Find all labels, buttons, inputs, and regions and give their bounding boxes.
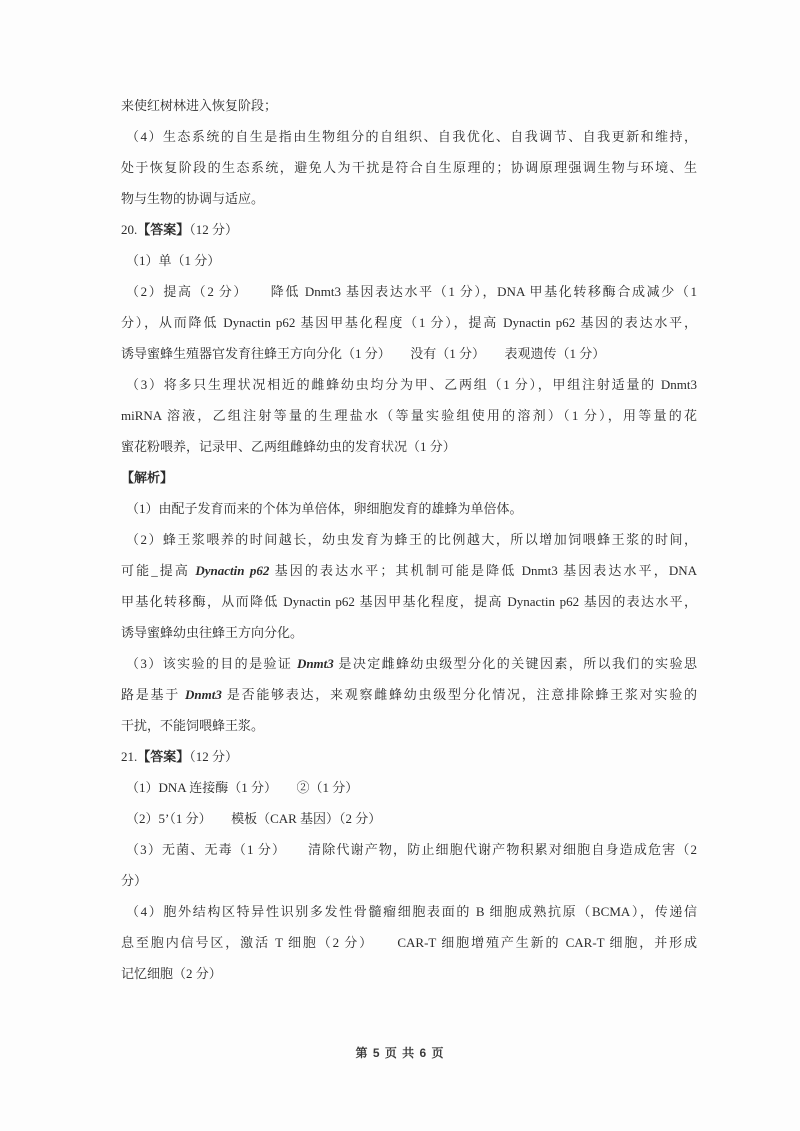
text-segment: 来使红树林进入恢复阶段；	[121, 98, 277, 113]
text-segment: 【答案】	[137, 749, 189, 764]
text-line: （3）该实验的目的是验证 Dnmt3 是决定雌蜂幼虫级型分化的关键因素，所以我们…	[121, 648, 697, 679]
text-line: miRNA 溶液，乙组注射等量的生理盐水（等量实验组使用的溶剂）（1 分），用等…	[121, 400, 697, 431]
text-segment: （2）提高（2 分） 降低 Dnmt3 基因表达水平（1 分），DNA 甲基化转…	[126, 284, 697, 299]
text-line: （2）提高（2 分） 降低 Dnmt3 基因表达水平（1 分），DNA 甲基化转…	[121, 276, 697, 307]
text-segment: 息至胞内信号区，激活 T 细胞（2 分） CAR-T 细胞增殖产生新的 CAR-…	[121, 935, 697, 950]
text-segment: 蜜花粉喂养，记录甲、乙两组雌蜂幼虫的发育状况（1 分）	[121, 439, 456, 454]
text-segment: Dynactin p62	[195, 563, 269, 578]
text-segment: （3）将多只生理状况相近的雌蜂幼虫均分为甲、乙两组（1 分），甲组注射适量的 D…	[126, 377, 697, 392]
text-line: 诱导蜜蜂生殖器官发育往蜂王方向分化（1 分） 没有（1 分） 表观遗传（1 分）	[121, 338, 697, 369]
text-segment: miRNA 溶液，乙组注射等量的生理盐水（等量实验组使用的溶剂）（1 分），用等…	[121, 408, 697, 423]
text-line: 甲基化转移酶，从而降低 Dynactin p62 基因甲基化程度，提高 Dyna…	[121, 586, 697, 617]
text-line: （3）无菌、无毒（1 分） 清除代谢产物，防止细胞代谢产物积累对细胞自身造成危害…	[121, 834, 697, 865]
text-line: 物与生物的协调与适应。	[121, 183, 697, 214]
text-line: 处于恢复阶段的生态系统，避免人为干扰是符合自生原理的；协调原理强调生物与环境、生	[121, 152, 697, 183]
text-line: 诱导蜜蜂幼虫往蜂王方向分化。	[121, 617, 697, 648]
document-body: 来使红树林进入恢复阶段；（4）生态系统的自生是指由生物组分的自组织、自我优化、自…	[121, 90, 697, 989]
text-line: 来使红树林进入恢复阶段；	[121, 90, 697, 121]
text-segment: 记忆细胞（2 分）	[121, 966, 222, 981]
text-segment: 分），从而降低 Dynactin p62 基因甲基化程度（1 分），提高 Dyn…	[121, 315, 697, 330]
text-line: （1）由配子发育而来的个体为单倍体，卵细胞发育的雄蜂为单倍体。	[121, 493, 697, 524]
text-segment: 诱导蜜蜂生殖器官发育往蜂王方向分化（1 分） 没有（1 分） 表观遗传（1 分）	[121, 346, 605, 361]
text-segment: 可能_提高	[121, 563, 195, 578]
text-line: 【解析】	[121, 462, 697, 493]
text-segment: 基因的表达水平；其机制可能是降低 Dnmt3 基因表达水平，DNA	[269, 563, 697, 578]
text-line: 分），从而降低 Dynactin p62 基因甲基化程度（1 分），提高 Dyn…	[121, 307, 697, 338]
text-line: 分）	[121, 865, 697, 896]
text-line: 21.【答案】（12 分）	[121, 741, 697, 772]
text-segment: （3）该实验的目的是验证	[126, 656, 297, 671]
text-line: 可能_提高 Dynactin p62 基因的表达水平；其机制可能是降低 Dnmt…	[121, 555, 697, 586]
text-segment: 分）	[121, 873, 147, 888]
text-segment: 是决定雌蜂幼虫级型分化的关键因素，所以我们的实验思	[334, 656, 697, 671]
text-line: 息至胞内信号区，激活 T 细胞（2 分） CAR-T 细胞增殖产生新的 CAR-…	[121, 927, 697, 958]
text-segment: Dnmt3	[185, 687, 222, 702]
text-line: 20.【答案】（12 分）	[121, 214, 697, 245]
text-line: 记忆细胞（2 分）	[121, 958, 697, 989]
text-line: （2）5’（1 分） 模板（CAR 基因）（2 分）	[121, 803, 697, 834]
page-number-footer: 第 5 页 共 6 页	[0, 1044, 800, 1061]
text-line: （4）胞外结构区特异性识别多发性骨髓瘤细胞表面的 B 细胞成熟抗原（BCMA），…	[121, 896, 697, 927]
text-segment: 干扰，不能饲喂蜂王浆。	[121, 718, 264, 733]
text-segment: （12 分）	[189, 749, 238, 764]
text-segment: （1）单（1 分）	[126, 253, 220, 268]
text-line: 路是基于 Dnmt3 是否能够表达，来观察雌蜂幼虫级型分化情况，注意排除蜂王浆对…	[121, 679, 697, 710]
text-line: 蜜花粉喂养，记录甲、乙两组雌蜂幼虫的发育状况（1 分）	[121, 431, 697, 462]
text-segment: （3）无菌、无毒（1 分） 清除代谢产物，防止细胞代谢产物积累对细胞自身造成危害…	[126, 842, 697, 857]
text-line: 干扰，不能饲喂蜂王浆。	[121, 710, 697, 741]
text-segment: 甲基化转移酶，从而降低 Dynactin p62 基因甲基化程度，提高 Dyna…	[121, 594, 697, 609]
text-segment: （4）生态系统的自生是指由生物组分的自组织、自我优化、自我调节、自我更新和维持，	[126, 129, 697, 144]
text-segment: 20.	[121, 222, 137, 237]
text-line: （1）单（1 分）	[121, 245, 697, 276]
text-segment: 【答案】	[137, 222, 189, 237]
text-segment: 诱导蜜蜂幼虫往蜂王方向分化。	[121, 625, 303, 640]
text-segment: （1）由配子发育而来的个体为单倍体，卵细胞发育的雄蜂为单倍体。	[126, 501, 523, 516]
text-segment: Dnmt3	[297, 656, 334, 671]
text-line: （1）DNA 连接酶（1 分） ②（1 分）	[121, 772, 697, 803]
text-segment: （12 分）	[189, 222, 238, 237]
text-segment: （4）胞外结构区特异性识别多发性骨髓瘤细胞表面的 B 细胞成熟抗原（BCMA），…	[126, 904, 697, 919]
text-line: （4）生态系统的自生是指由生物组分的自组织、自我优化、自我调节、自我更新和维持，	[121, 121, 697, 152]
text-line: （3）将多只生理状况相近的雌蜂幼虫均分为甲、乙两组（1 分），甲组注射适量的 D…	[121, 369, 697, 400]
text-line: （2）蜂王浆喂养的时间越长，幼虫发育为蜂王的比例越大，所以增加饲喂蜂王浆的时间，	[121, 524, 697, 555]
text-segment: 处于恢复阶段的生态系统，避免人为干扰是符合自生原理的；协调原理强调生物与环境、生	[121, 160, 697, 175]
text-segment: （1）DNA 连接酶（1 分） ②（1 分）	[126, 780, 358, 795]
text-segment: （2）蜂王浆喂养的时间越长，幼虫发育为蜂王的比例越大，所以增加饲喂蜂王浆的时间，	[126, 532, 697, 547]
scanned-document-page: 来使红树林进入恢复阶段；（4）生态系统的自生是指由生物组分的自组织、自我优化、自…	[0, 0, 800, 1131]
text-segment: （2）5’（1 分） 模板（CAR 基因）（2 分）	[126, 811, 381, 826]
text-segment: 是否能够表达，来观察雌蜂幼虫级型分化情况，注意排除蜂王浆对实验的	[222, 687, 697, 702]
text-segment: 物与生物的协调与适应。	[121, 191, 264, 206]
text-segment: 21.	[121, 749, 137, 764]
text-segment: 路是基于	[121, 687, 185, 702]
text-segment: 【解析】	[121, 470, 173, 485]
